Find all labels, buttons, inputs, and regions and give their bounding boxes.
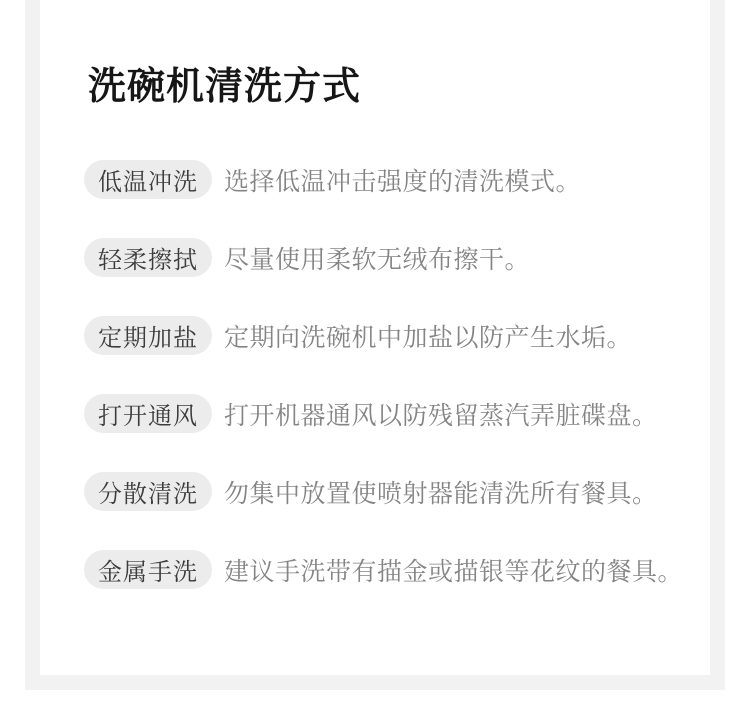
tip-badge: 低温冲洗 bbox=[84, 160, 212, 199]
tip-row: 分散清洗 勿集中放置使喷射器能清洗所有餐具。 bbox=[84, 472, 680, 511]
tip-row: 打开通风 打开机器通风以防残留蒸汽弄脏碟盘。 bbox=[84, 394, 680, 433]
tip-badge: 金属手洗 bbox=[84, 550, 212, 589]
tip-list: 低温冲洗 选择低温冲击强度的清洗模式。 轻柔擦拭 尽量使用柔软无绒布擦干。 定期… bbox=[40, 160, 710, 589]
tip-description: 打开机器通风以防残留蒸汽弄脏碟盘。 bbox=[224, 396, 658, 432]
content-card: 洗碗机清洗方式 低温冲洗 选择低温冲击强度的清洗模式。 轻柔擦拭 尽量使用柔软无… bbox=[40, 0, 710, 675]
tip-row: 轻柔擦拭 尽量使用柔软无绒布擦干。 bbox=[84, 238, 680, 277]
tip-description: 建议手洗带有描金或描银等花纹的餐具。 bbox=[224, 552, 683, 588]
section-frame: 洗碗机清洗方式 低温冲洗 选择低温冲击强度的清洗模式。 轻柔擦拭 尽量使用柔软无… bbox=[25, 0, 725, 690]
tip-badge: 轻柔擦拭 bbox=[84, 238, 212, 277]
tip-row: 定期加盐 定期向洗碗机中加盐以防产生水垢。 bbox=[84, 316, 680, 355]
tip-description: 尽量使用柔软无绒布擦干。 bbox=[224, 240, 530, 276]
tip-row: 低温冲洗 选择低温冲击强度的清洗模式。 bbox=[84, 160, 680, 199]
page-title: 洗碗机清洗方式 bbox=[88, 0, 710, 108]
tip-badge: 分散清洗 bbox=[84, 472, 212, 511]
tip-description: 选择低温冲击强度的清洗模式。 bbox=[224, 162, 581, 198]
tip-row: 金属手洗 建议手洗带有描金或描银等花纹的餐具。 bbox=[84, 550, 680, 589]
tip-description: 勿集中放置使喷射器能清洗所有餐具。 bbox=[224, 474, 658, 510]
tip-badge: 定期加盐 bbox=[84, 316, 212, 355]
tip-description: 定期向洗碗机中加盐以防产生水垢。 bbox=[224, 318, 632, 354]
tip-badge: 打开通风 bbox=[84, 394, 212, 433]
